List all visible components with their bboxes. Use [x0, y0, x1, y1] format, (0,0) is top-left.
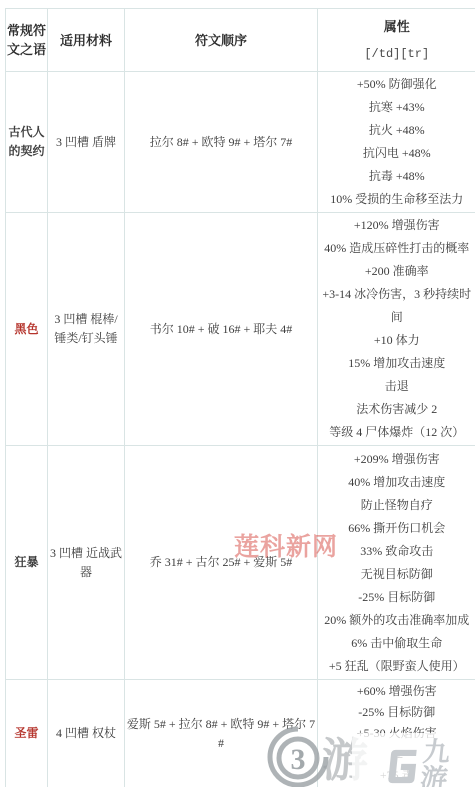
attribute-line: 击退 [319, 375, 475, 398]
attribute-line: -25% 目标防御 [319, 586, 475, 609]
bbcode-artifact-text: [/td][tr] [364, 45, 429, 64]
attribute-line: +50% 防御强化 [319, 73, 475, 96]
attribute-line: +3-14 冰冷伤害，3 秒持续时间 [319, 283, 475, 329]
attribute-line: 等级 4 尸体爆炸（12 次） [319, 421, 475, 444]
attribute-line: 10% 受损的生命移至法力 [319, 188, 475, 211]
col-header-materials: 适用材料 [48, 9, 125, 72]
runeword-name-cell: 黑色 [6, 213, 48, 446]
attribute-line: 法术伤害减少 2 [319, 398, 475, 421]
attribute-line: 20% 额外的攻击准确率加成 [319, 609, 475, 632]
attribute-line: +209% 增强伤害 [319, 448, 475, 471]
attribute-line: +10 体力 [319, 329, 475, 352]
runeword-name-cell: 狂暴 [6, 446, 48, 680]
rune-order-cell: 拉尔 8# + 欧特 9# + 塔尔 7# [125, 72, 318, 213]
runeword-name-cell: 古代人的契约 [6, 72, 48, 213]
attribute-line: 15% 增加攻击速度 [319, 352, 475, 375]
header-row: 常规符文之语 适用材料 符文顺序 属性 [/td][tr] [6, 9, 475, 72]
attribute-line: 抗毒 +48% [319, 165, 475, 188]
attributes-cell: +209% 增强伤害 40% 增加攻击速度 防止怪物自疗 66% 撕开伤口机会 … [318, 446, 475, 680]
attributes-header-title: 属性 [384, 17, 410, 36]
table-row-black: 黑色 3 凹槽 棍棒/锤类/钉头锤 书尔 10# + 破 16# + 耶夫 4#… [6, 213, 475, 446]
attribute-line: 抗寒 +43% [319, 96, 475, 119]
screenshot-root: 常规符文之语 适用材料 符文顺序 属性 [/td][tr] 古代人的契约 3 凹… [0, 0, 475, 787]
materials-cell: 3 凹槽 棍棒/锤类/钉头锤 [48, 213, 125, 446]
site-watermark-text: 莲科新网 [234, 527, 338, 563]
col-header-runeword: 常规符文之语 [6, 9, 48, 72]
attribute-line: 抗闪电 +48% [319, 142, 475, 165]
attribute-line: +200 准确率 [319, 260, 475, 283]
table-row-ancients-pledge: 古代人的契约 3 凹槽 盾牌 拉尔 8# + 欧特 9# + 塔尔 7# +50… [6, 72, 475, 213]
attribute-line: 40% 增加攻击速度 [319, 471, 475, 494]
circle-3-logo-icon: 3 [264, 722, 332, 787]
col-header-rune-order: 符文顺序 [125, 9, 318, 72]
jiuyou-watermark: 九游 [385, 739, 475, 787]
materials-cell: 4 凹槽 权杖 [48, 680, 125, 787]
attributes-cell: +50% 防御强化 抗寒 +43% 抗火 +48% 抗闪电 +48% 抗毒 +4… [318, 72, 475, 213]
attribute-line: 抗火 +48% [319, 119, 475, 142]
rune-order-cell: 书尔 10# + 破 16# + 耶夫 4# [125, 213, 318, 446]
col-header-attributes: 属性 [/td][tr] [318, 9, 475, 72]
attribute-line: +120% 增强伤害 [319, 214, 475, 237]
attributes-cell: +120% 增强伤害 40% 造成压碎性打击的概率 +200 准确率 +3-14… [318, 213, 475, 446]
attribute-line: 防止怪物自疗 [319, 494, 475, 517]
attribute-line: 66% 撕开伤口机会 [319, 517, 475, 540]
attribute-line: -25% 目标防御 [319, 702, 475, 723]
attribute-line: 6% 击中偷取生命 [319, 632, 475, 655]
materials-cell: 3 凹槽 近战武器 [48, 446, 125, 680]
attribute-line: 无视目标防御 [319, 563, 475, 586]
runeword-name-cell: 圣雷 [6, 680, 48, 787]
attribute-line: 40% 造成压碎性打击的概率 [319, 237, 475, 260]
jiuyou-brand-text: 九游 [419, 739, 475, 787]
runeword-table: 常规符文之语 适用材料 符文顺序 属性 [/td][tr] 古代人的契约 3 凹… [5, 8, 475, 787]
attribute-line: 33% 致命攻击 [319, 540, 475, 563]
attribute-line: +5 狂乱（限野蛮人使用） [319, 655, 475, 678]
jiuyou-g-icon [386, 748, 420, 785]
logo-digit: 3 [291, 743, 306, 776]
materials-cell: 3 凹槽 盾牌 [48, 72, 125, 213]
attribute-line: +60% 增强伤害 [319, 681, 475, 702]
